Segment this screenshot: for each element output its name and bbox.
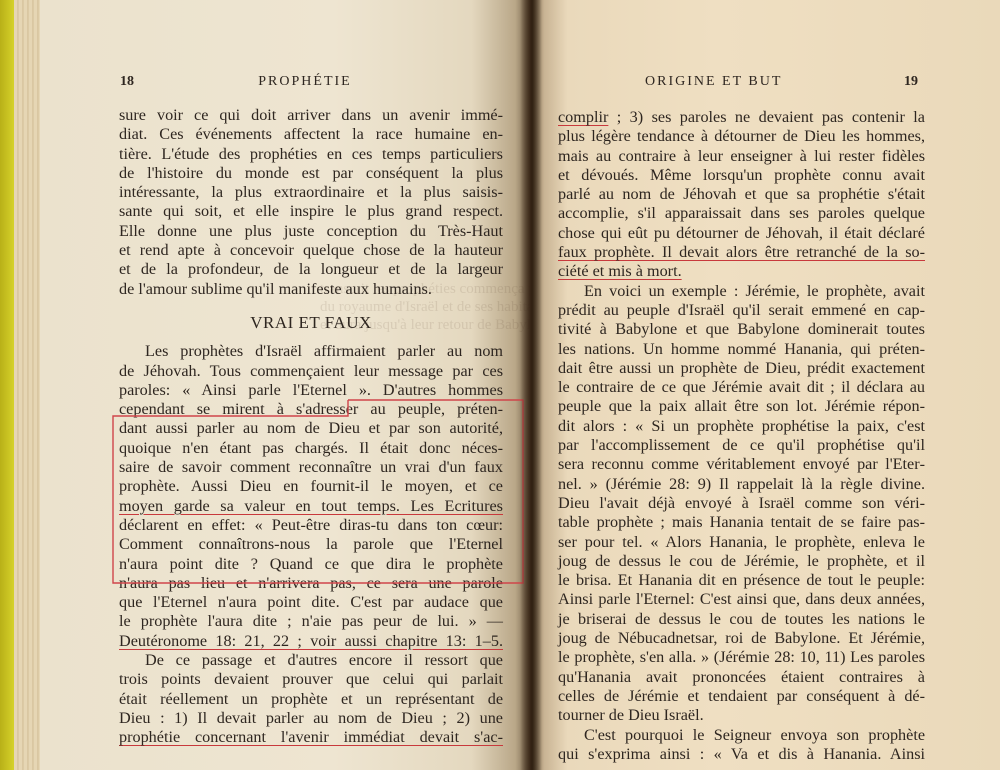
- text-line: ser pour tel. « Alors Hanania, le prophè…: [558, 533, 925, 552]
- text-line: mais au contraire à leur enseigner à lui…: [558, 147, 925, 166]
- text-line: le prophète, s'en alla. » (Jérémie 28: 1…: [558, 648, 925, 667]
- book-spine-gutter: [520, 0, 542, 770]
- text-line: C'est pourquoi le Seigneur envoya son pr…: [558, 726, 925, 745]
- right-page: ORIGINE ET BUT 19 complir ; 3) ses parol…: [530, 0, 1000, 770]
- text-line: par l'accomplissement de ce qu'il prophé…: [558, 436, 925, 455]
- text-line: parlé au nom de Jéhovah et que sa prophé…: [558, 185, 925, 204]
- text-line: tourner de Dieu Israël.: [558, 706, 925, 725]
- text-line: sera reconnu comme véritablement envoyé …: [558, 455, 925, 474]
- text-line: table prophète ; mais Hanania tentait de…: [558, 513, 925, 532]
- text-line: dait être aussi un prophète de Dieu, pré…: [558, 359, 925, 378]
- text-line: joug de dessus le cou de Jérémie, le pro…: [558, 552, 925, 571]
- text-line: Ainsi parle l'Eternel: C'est ainsi que, …: [558, 590, 925, 609]
- text-line: les nations. Un homme nommé Hanania, qui…: [558, 340, 925, 359]
- text-line: je briserai de dessus le cou de toutes l…: [558, 610, 925, 629]
- text-line: le contraire de ce que Jérémie avait dit…: [558, 378, 925, 397]
- text-line: celles de Jérémie et tendaient par consé…: [558, 687, 925, 706]
- text-line: chose qui eût pu détourner de Jéhovah, i…: [558, 224, 925, 243]
- text-rest: ; 3) ses paroles ne devaient pas conteni…: [608, 108, 925, 126]
- right-page-body: complir ; 3) ses paroles ne devaient pas…: [558, 108, 925, 764]
- underlined-line: faux prophète. Il devait alors être retr…: [558, 243, 925, 262]
- right-page-number: 19: [904, 74, 918, 90]
- text-line: qui s'exprima ainsi : « Va et dis à Hana…: [558, 745, 925, 764]
- text-line: qu'Hanania avait prononcées étaient cont…: [558, 668, 925, 687]
- text-line: et dévoués. Même lorsqu'un prophète conn…: [558, 166, 925, 185]
- text-line: En voici un exemple : Jérémie, le prophè…: [558, 282, 925, 301]
- text-line: nel. » (Jérémie 28: 9) Il rappelait là l…: [558, 475, 925, 494]
- text-line: joug de Nébucadnetsar, roi de Babylone. …: [558, 629, 925, 648]
- text-line: complir ; 3) ses paroles ne devaient pas…: [558, 108, 925, 127]
- text-line: dit alors : « Si un prophète prophétise …: [558, 417, 925, 436]
- text-line: le brisa. Et Hanania dit en présence de …: [558, 571, 925, 590]
- text-line: prédit au peuple d'Israël qu'il serait e…: [558, 301, 925, 320]
- underlined-word: complir: [558, 108, 608, 126]
- text-line: accomplie, s'il apparaissait dans ses pa…: [558, 204, 925, 223]
- red-annotation-box: [40, 0, 530, 770]
- left-page: 18 PROPHÉTIE transcrit les prophéties co…: [40, 0, 530, 770]
- text-line: peuple que la paix allait être son lot. …: [558, 397, 925, 416]
- right-running-head: ORIGINE ET BUT: [645, 74, 782, 90]
- underlined-line: ciété et mis à mort.: [558, 262, 925, 281]
- text-line: tivité à Babylone et que Babylone domine…: [558, 320, 925, 339]
- text-line: Dieu l'avait déjà envoyé à Israël comme …: [558, 494, 925, 513]
- text-line: plus légère tendance à détourner de Dieu…: [558, 127, 925, 146]
